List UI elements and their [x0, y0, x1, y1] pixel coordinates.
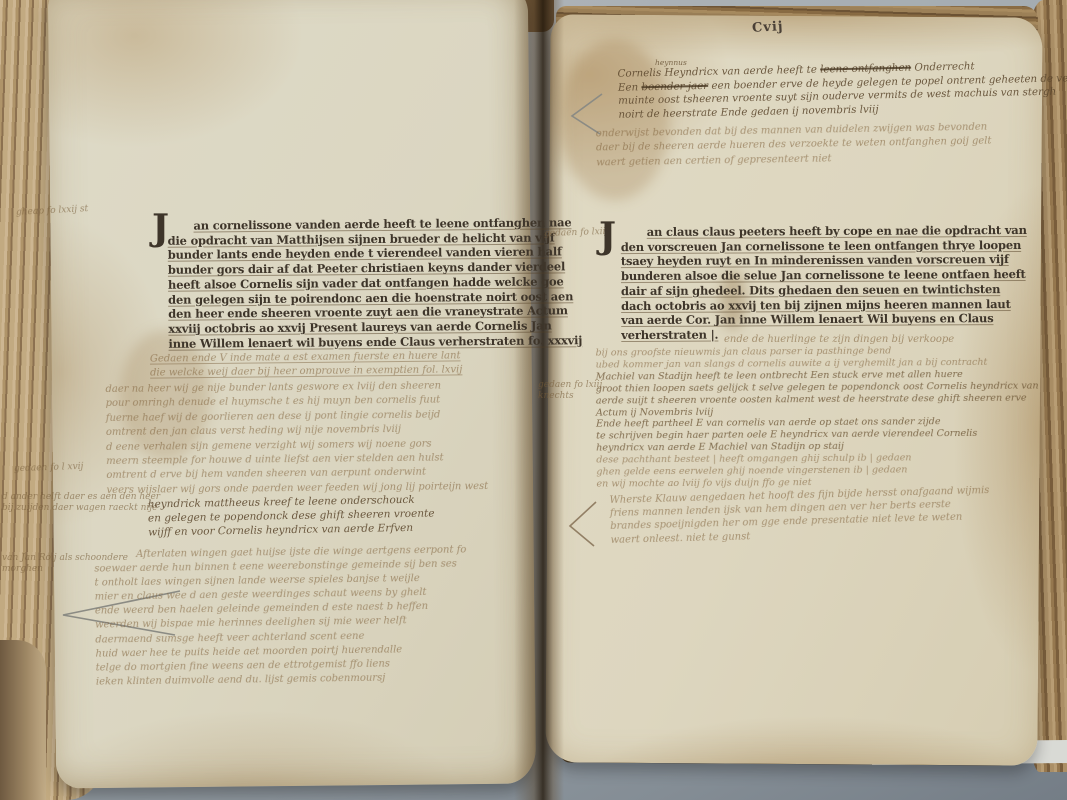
left-margin-annotation-a: d ander helft daer es aen den heerbij zu…: [2, 492, 160, 514]
text-line: d ander helft daer es aen den heer: [2, 492, 160, 503]
right-addendum-block: bij ons groofste nieuwmis jan claus pars…: [596, 344, 1040, 490]
struck-text: leene ontfanghen: [820, 62, 911, 76]
text-line: bij zuijden daer wagen raeckt nije: [2, 503, 160, 514]
left-bottom-block: Afterlaten wingen gaet huijse ijste die …: [94, 543, 468, 689]
struck-text: boender jaer: [641, 79, 708, 92]
text-line: van aerde Cor. Jan inne Willem lenaert W…: [621, 311, 1027, 328]
left-indented-note: heyndrick mattheeus kreef te leene onder…: [148, 494, 435, 540]
text-line: dair af sijn ghedeel. Dits ghedaen den s…: [621, 282, 1027, 299]
left-main-entry: an cornelissone vanden aerde heeft te le…: [167, 215, 582, 351]
text-line: knechts: [538, 391, 602, 402]
text-fragment: Onderrecht: [914, 60, 974, 73]
text-fragment: Een: [618, 81, 638, 93]
left-cover-edge: [0, 640, 46, 800]
left-addendum-block: daer na heer wij ge nije bunder lants ge…: [105, 379, 488, 498]
folio-number: Cvij: [752, 19, 784, 36]
text-line: gedaen fo lxiij: [538, 380, 602, 391]
margin-chevron-mark-icon: [564, 498, 600, 550]
entry-initial-letter: J: [599, 218, 616, 254]
right-main-entry: an claus claus peeters heeft by cope en …: [621, 223, 1028, 343]
right-bottom-note: Wherste Klauw aengedaen het hooft des fi…: [609, 484, 990, 547]
manuscript-photo: gheap fo lxxij st J an cornelissone vand…: [0, 0, 1067, 800]
right-top-paragraph: Cornelis Heyndricx van aerde heeft te le…: [617, 58, 1067, 122]
right-margin-folio-note-mid: gedaen fo lxiijknechts: [538, 380, 602, 402]
left-addendum-underlined: Gedaen ende V inde mate a est examen fue…: [150, 349, 463, 381]
entry-initial-letter: J: [152, 210, 169, 246]
text-line: an claus claus peeters heeft by cope en …: [621, 223, 1027, 240]
right-annotation-paragraph: onderwijst bevonden dat bij des mannen v…: [596, 121, 992, 171]
